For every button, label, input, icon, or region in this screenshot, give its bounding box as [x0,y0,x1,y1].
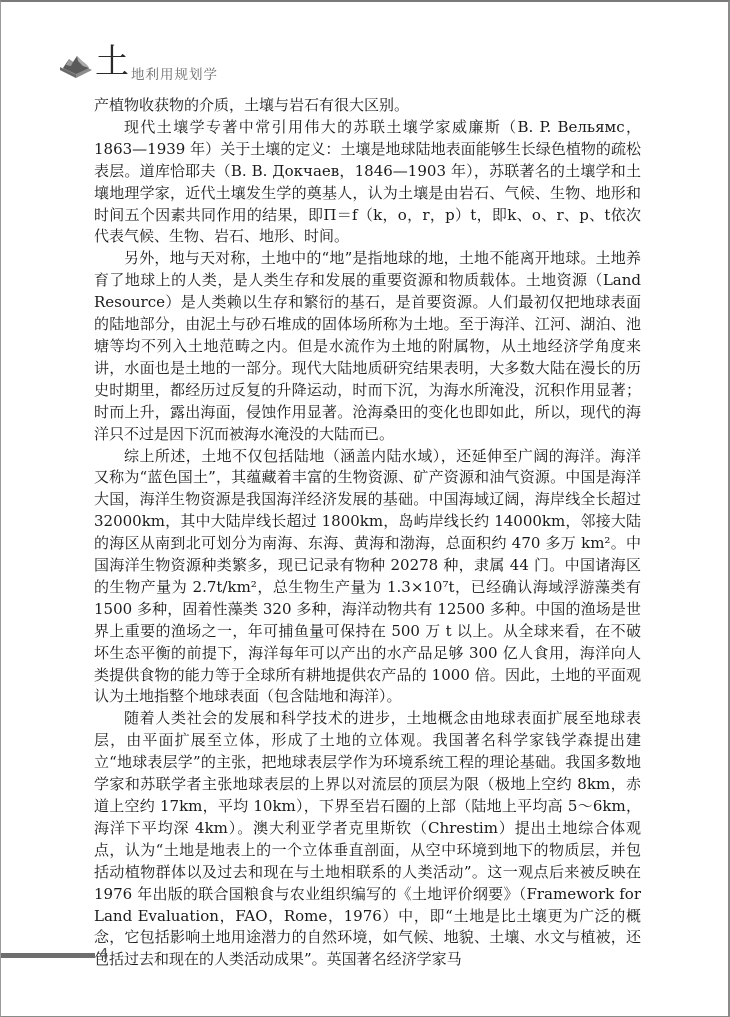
running-header: 土 地利用规划学 [59,47,219,87]
paragraph: 现代土壤学专著中常引用伟大的苏联土壤学家威廉斯（B. P. Вельямс，18… [94,117,641,248]
page-number: 4 [99,945,109,963]
book-page: 土 地利用规划学 产植物收获物的介质，土壤与岩石有很大区别。 现代土壤学专著中常… [0,0,730,1017]
footer-bar [1,953,95,958]
header-big-character: 土 [95,43,129,81]
paragraph: 另外，地与天对称，土地中的“地”是指地球的地，土地不能离开地球。土地养育了地球上… [94,248,641,445]
book-title: 地利用规划学 [131,67,218,83]
paragraph: 产植物收获物的介质，土壤与岩石有很大区别。 [94,95,641,117]
paragraph: 随着人类社会的发展和科学技术的进步，土地概念由地球表面扩展至地球表层，由平面扩展… [94,708,641,971]
land-terrain-icon [59,53,93,79]
body-text: 产植物收获物的介质，土壤与岩石有很大区别。 现代土壤学专著中常引用伟大的苏联土壤… [94,95,641,971]
paragraph: 综上所述，土地不仅包括陆地（涵盖内陆水域），还延伸至广阔的海洋。海洋又称为“蓝色… [94,446,641,709]
